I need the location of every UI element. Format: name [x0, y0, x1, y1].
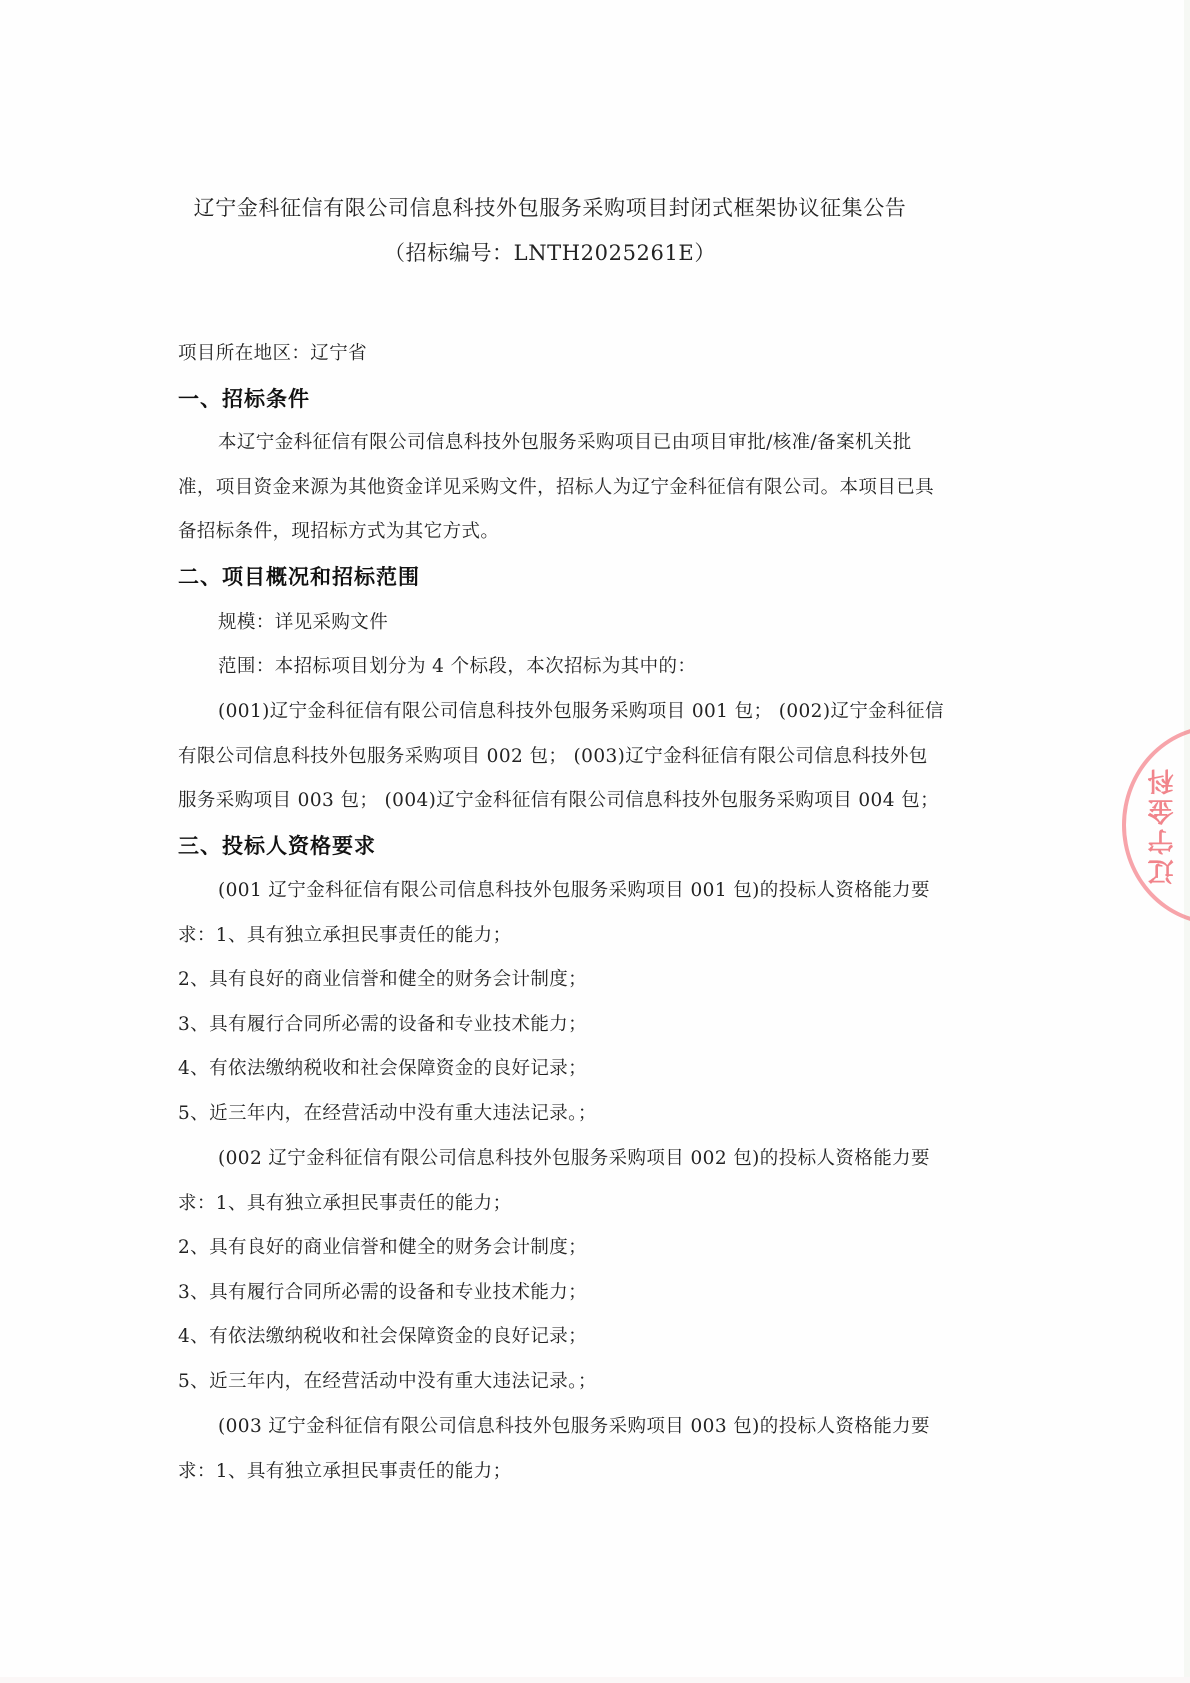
paragraph-line: 规模：详见采购文件 [218, 611, 388, 635]
paragraph-line: (001)辽宁金科征信有限公司信息科技外包服务采购项目 001 包； (002)… [218, 700, 944, 724]
paragraph-line: (002 辽宁金科征信有限公司信息科技外包服务采购项目 002 包)的投标人资格… [218, 1147, 930, 1171]
requirement-item: 5、近三年内，在经营活动中没有重大违法记录。； [178, 1102, 597, 1126]
document-page: 辽宁金科征信有限公司信息科技外包服务采购项目封闭式框架协议征集公告 （招标编号：… [0, 0, 1190, 1683]
paragraph-line: (001 辽宁金科征信有限公司信息科技外包服务采购项目 001 包)的投标人资格… [218, 879, 930, 903]
paragraph-line: 有限公司信息科技外包服务采购项目 002 包； (003)辽宁金科征信有限公司信… [178, 745, 928, 769]
paragraph-line: 范围：本招标项目划分为 4 个标段，本次招标为其中的： [218, 655, 696, 679]
seal-text: 辽宁金科 [1144, 765, 1181, 885]
paragraph-line: 服务采购项目 003 包； (004)辽宁金科征信有限公司信息科技外包服务采购项… [178, 789, 939, 813]
paragraph-line: (003 辽宁金科征信有限公司信息科技外包服务采购项目 003 包)的投标人资格… [218, 1415, 930, 1439]
requirement-item: 求：1、具有独立承担民事责任的能力； [178, 1192, 511, 1216]
paragraph-line: 本辽宁金科征信有限公司信息科技外包服务采购项目已由项目审批/核准/备案机关批 [218, 431, 912, 455]
tender-number: （招标编号：LNTH2025261E） [0, 237, 1100, 267]
requirement-item: 3、具有履行合同所必需的设备和专业技术能力； [178, 1013, 587, 1037]
paragraph-line: 准，项目资金来源为其他资金详见采购文件，招标人为辽宁金科征信有限公司。本项目已具 [178, 476, 934, 500]
requirement-item: 2、具有良好的商业信誉和健全的财务会计制度； [178, 968, 587, 992]
document-title: 辽宁金科征信有限公司信息科技外包服务采购项目封闭式框架协议征集公告 [0, 192, 1100, 222]
requirement-item: 4、有依法缴纳税收和社会保障资金的良好记录； [178, 1325, 587, 1349]
project-region: 项目所在地区：辽宁省 [178, 342, 367, 366]
section-heading-tender-conditions: 一、招标条件 [178, 387, 310, 411]
paragraph-line: 备招标条件，现招标方式为其它方式。 [178, 520, 499, 544]
section-heading-bidder-qualifications: 三、投标人资格要求 [178, 834, 376, 858]
scan-edge-bottom [0, 1677, 1190, 1683]
requirement-item: 5、近三年内，在经营活动中没有重大违法记录。； [178, 1370, 597, 1394]
company-seal-stamp: 辽宁金科 [1122, 725, 1190, 925]
section-heading-project-overview: 二、项目概况和招标范围 [178, 565, 420, 589]
requirement-item: 求：1、具有独立承担民事责任的能力； [178, 1460, 511, 1484]
requirement-item: 3、具有履行合同所必需的设备和专业技术能力； [178, 1281, 587, 1305]
requirement-item: 求：1、具有独立承担民事责任的能力； [178, 924, 511, 948]
requirement-item: 4、有依法缴纳税收和社会保障资金的良好记录； [178, 1057, 587, 1081]
requirement-item: 2、具有良好的商业信誉和健全的财务会计制度； [178, 1236, 587, 1260]
